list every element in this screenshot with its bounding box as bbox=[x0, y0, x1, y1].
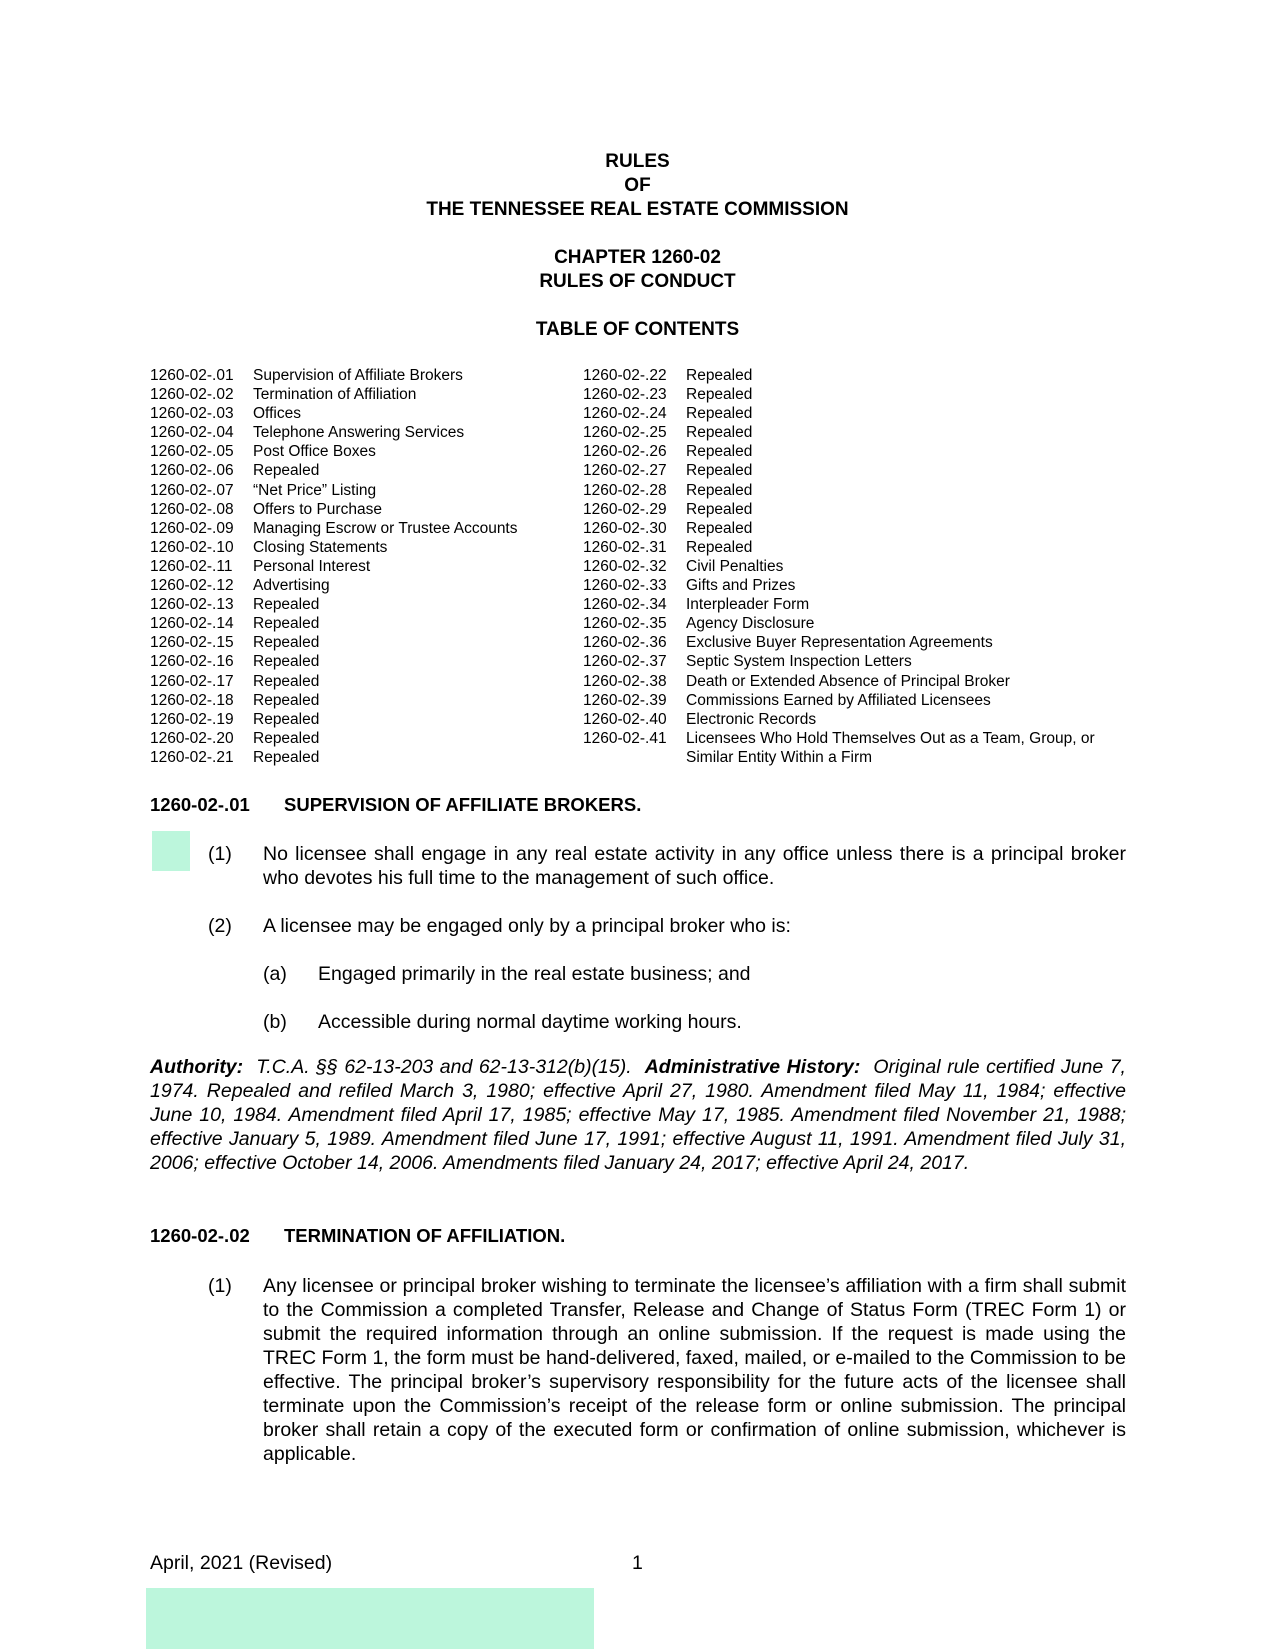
toc-entry-number: 1260-02-.06 bbox=[150, 461, 253, 480]
toc-entry-title: Death or Extended Absence of Principal B… bbox=[686, 672, 1010, 691]
toc-entry: 1260-02-.29Repealed bbox=[583, 500, 1095, 519]
toc-entry-number: 1260-02-.02 bbox=[150, 385, 253, 404]
toc-entry-number: 1260-02-.37 bbox=[583, 652, 686, 671]
toc-entry: Similar Entity Within a Firm bbox=[583, 748, 1095, 767]
history-label: Administrative History: bbox=[645, 1056, 861, 1078]
toc-entry-number: 1260-02-.17 bbox=[150, 672, 253, 691]
toc-entry-title: Offers to Purchase bbox=[253, 500, 382, 519]
toc-entry-title: Termination of Affiliation bbox=[253, 385, 416, 404]
toc-entry: 1260-02-.12Advertising bbox=[150, 576, 518, 595]
authority-history: Authority: T.C.A. §§ 62-13-203 and 62-13… bbox=[150, 1055, 1126, 1175]
toc-entry-title: Advertising bbox=[253, 576, 330, 595]
toc-entry-number: 1260-02-.35 bbox=[583, 614, 686, 633]
toc-entry-title: Exclusive Buyer Representation Agreement… bbox=[686, 633, 993, 652]
paragraph-marker: (b) bbox=[263, 1010, 287, 1034]
toc-entry-number: 1260-02-.04 bbox=[150, 423, 253, 442]
toc-entry: 1260-02-.06Repealed bbox=[150, 461, 518, 480]
toc-entry: 1260-02-.13Repealed bbox=[150, 595, 518, 614]
toc-entry: 1260-02-.23Repealed bbox=[583, 385, 1095, 404]
toc-entry-title: Offices bbox=[253, 404, 301, 423]
toc-entry: 1260-02-.18Repealed bbox=[150, 691, 518, 710]
toc-entry-number: 1260-02-.11 bbox=[150, 557, 253, 576]
toc-entry-number: 1260-02-.01 bbox=[150, 366, 253, 385]
toc-entry-title: Repealed bbox=[253, 614, 319, 633]
toc-entry: 1260-02-.17Repealed bbox=[150, 672, 518, 691]
toc-entry: 1260-02-.15Repealed bbox=[150, 633, 518, 652]
toc-entry-title: Repealed bbox=[253, 729, 319, 748]
toc-entry-title: Repealed bbox=[686, 385, 752, 404]
toc-entry: 1260-02-.33Gifts and Prizes bbox=[583, 576, 1095, 595]
toc-entry-number: 1260-02-.36 bbox=[583, 633, 686, 652]
toc-entry: 1260-02-.19Repealed bbox=[150, 710, 518, 729]
title-commission: THE TENNESSEE REAL ESTATE COMMISSION bbox=[0, 198, 1275, 222]
toc-entry: 1260-02-.07“Net Price” Listing bbox=[150, 481, 518, 500]
paragraph-marker: (1) bbox=[208, 842, 232, 866]
toc-entry: 1260-02-.38Death or Extended Absence of … bbox=[583, 672, 1095, 691]
section-title: TERMINATION OF AFFILIATION. bbox=[284, 1225, 565, 1246]
authority-label: Authority: bbox=[150, 1056, 243, 1078]
chapter-number: CHAPTER 1260-02 bbox=[0, 246, 1275, 270]
paragraph-text: A licensee may be engaged only by a prin… bbox=[263, 914, 1126, 938]
toc-entry: 1260-02-.41Licensees Who Hold Themselves… bbox=[583, 729, 1095, 748]
toc-entry-number: 1260-02-.13 bbox=[150, 595, 253, 614]
toc-entry: 1260-02-.10Closing Statements bbox=[150, 538, 518, 557]
toc-entry: 1260-02-.27Repealed bbox=[583, 461, 1095, 480]
toc-entry-title: Repealed bbox=[253, 652, 319, 671]
toc-entry-number: 1260-02-.08 bbox=[150, 500, 253, 519]
toc-entry: 1260-02-.30Repealed bbox=[583, 519, 1095, 538]
toc-entry-title: Supervision of Affiliate Brokers bbox=[253, 366, 463, 385]
toc-right-column: 1260-02-.22Repealed1260-02-.23Repealed12… bbox=[583, 366, 1095, 767]
toc-entry-title: Personal Interest bbox=[253, 557, 370, 576]
toc-entry-number: 1260-02-.25 bbox=[583, 423, 686, 442]
section-number: 1260-02-.02 bbox=[150, 1225, 284, 1247]
toc-entry-number: 1260-02-.27 bbox=[583, 461, 686, 480]
toc-entry-number: 1260-02-.19 bbox=[150, 710, 253, 729]
toc-entry: 1260-02-.24Repealed bbox=[583, 404, 1095, 423]
toc-entry: 1260-02-.34Interpleader Form bbox=[583, 595, 1095, 614]
toc-entry: 1260-02-.31Repealed bbox=[583, 538, 1095, 557]
paragraph-2-1: (1) Any licensee or principal broker wis… bbox=[208, 1274, 1126, 1466]
toc-entry-number: 1260-02-.09 bbox=[150, 519, 253, 538]
toc-entry: 1260-02-.04Telephone Answering Services bbox=[150, 423, 518, 442]
toc-entry: 1260-02-.11Personal Interest bbox=[150, 557, 518, 576]
toc-entry-number: 1260-02-.24 bbox=[583, 404, 686, 423]
paragraph-text: No licensee shall engage in any real est… bbox=[263, 842, 1126, 890]
toc-entry: 1260-02-.21Repealed bbox=[150, 748, 518, 767]
paragraph-marker: (1) bbox=[208, 1274, 232, 1298]
toc-entry-title: Repealed bbox=[253, 461, 319, 480]
toc-entry-number: 1260-02-.30 bbox=[583, 519, 686, 538]
highlight-footer-block bbox=[146, 1588, 594, 1649]
toc-left-column: 1260-02-.01Supervision of Affiliate Brok… bbox=[150, 366, 518, 767]
toc-entry-title: Repealed bbox=[686, 538, 752, 557]
toc-entry-title: Repealed bbox=[253, 672, 319, 691]
toc-entry-number: 1260-02-.29 bbox=[583, 500, 686, 519]
toc-entry: 1260-02-.26Repealed bbox=[583, 442, 1095, 461]
toc-entry: 1260-02-.03Offices bbox=[150, 404, 518, 423]
chapter-title: RULES OF CONDUCT bbox=[0, 270, 1275, 294]
toc-entry-title: Repealed bbox=[686, 442, 752, 461]
toc-entry-title: Civil Penalties bbox=[686, 557, 783, 576]
paragraph-1-1: (1) No licensee shall engage in any real… bbox=[208, 842, 1126, 890]
toc-entry-number: 1260-02-.34 bbox=[583, 595, 686, 614]
document-title-block: RULES OF THE TENNESSEE REAL ESTATE COMMI… bbox=[0, 150, 1275, 342]
toc-entry-number: 1260-02-.32 bbox=[583, 557, 686, 576]
toc-entry: 1260-02-.16Repealed bbox=[150, 652, 518, 671]
paragraph-text: Accessible during normal daytime working… bbox=[318, 1010, 1126, 1034]
toc-entry-title: Repealed bbox=[686, 423, 752, 442]
toc-entry-number: 1260-02-.20 bbox=[150, 729, 253, 748]
toc-entry-number: 1260-02-.39 bbox=[583, 691, 686, 710]
highlight-marker bbox=[152, 831, 190, 871]
section-number: 1260-02-.01 bbox=[150, 794, 284, 816]
toc-entry-title: Telephone Answering Services bbox=[253, 423, 464, 442]
toc-entry-title: Repealed bbox=[686, 519, 752, 538]
toc-entry: 1260-02-.20Repealed bbox=[150, 729, 518, 748]
toc-entry: 1260-02-.37Septic System Inspection Lett… bbox=[583, 652, 1095, 671]
paragraph-marker: (a) bbox=[263, 962, 287, 986]
toc-entry-title: Licensees Who Hold Themselves Out as a T… bbox=[686, 729, 1095, 748]
paragraph-text: Any licensee or principal broker wishing… bbox=[263, 1274, 1126, 1466]
toc-entry: 1260-02-.22Repealed bbox=[583, 366, 1095, 385]
paragraph-1-2: (2) A licensee may be engaged only by a … bbox=[208, 914, 1126, 938]
toc-entry-title: Gifts and Prizes bbox=[686, 576, 795, 595]
toc-entry-title: Interpleader Form bbox=[686, 595, 809, 614]
title-of: OF bbox=[0, 174, 1275, 198]
paragraph-1-2-a: (a) Engaged primarily in the real estate… bbox=[263, 962, 1126, 986]
toc-entry-title: Commissions Earned by Affiliated License… bbox=[686, 691, 991, 710]
toc-entry-number: 1260-02-.16 bbox=[150, 652, 253, 671]
page-number: 1 bbox=[632, 1552, 643, 1575]
toc-entry: 1260-02-.32Civil Penalties bbox=[583, 557, 1095, 576]
toc-entry-title: Managing Escrow or Trustee Accounts bbox=[253, 519, 518, 538]
toc-entry-title: Repealed bbox=[686, 366, 752, 385]
section-heading-1260-02-02: 1260-02-.02TERMINATION OF AFFILIATION. bbox=[150, 1225, 565, 1247]
toc-entry-number: 1260-02-.38 bbox=[583, 672, 686, 691]
paragraph-marker: (2) bbox=[208, 914, 232, 938]
toc-entry: 1260-02-.35Agency Disclosure bbox=[583, 614, 1095, 633]
toc-entry-title: “Net Price” Listing bbox=[253, 481, 376, 500]
toc-entry-title: Repealed bbox=[686, 500, 752, 519]
toc-entry-number bbox=[583, 748, 686, 767]
toc-heading: TABLE OF CONTENTS bbox=[0, 318, 1275, 342]
toc-entry-number: 1260-02-.05 bbox=[150, 442, 253, 461]
toc-entry-number: 1260-02-.15 bbox=[150, 633, 253, 652]
section-title: SUPERVISION OF AFFILIATE BROKERS. bbox=[284, 794, 641, 815]
toc-entry-number: 1260-02-.41 bbox=[583, 729, 686, 748]
toc-entry-number: 1260-02-.18 bbox=[150, 691, 253, 710]
toc-entry-number: 1260-02-.31 bbox=[583, 538, 686, 557]
toc-entry: 1260-02-.25Repealed bbox=[583, 423, 1095, 442]
footer-revision-date: April, 2021 (Revised) bbox=[150, 1552, 332, 1575]
toc-entry-title: Repealed bbox=[253, 633, 319, 652]
section-heading-1260-02-01: 1260-02-.01SUPERVISION OF AFFILIATE BROK… bbox=[150, 794, 641, 816]
toc-entry-number: 1260-02-.07 bbox=[150, 481, 253, 500]
toc-entry-number: 1260-02-.12 bbox=[150, 576, 253, 595]
toc-entry-title: Post Office Boxes bbox=[253, 442, 376, 461]
toc-entry-number: 1260-02-.14 bbox=[150, 614, 253, 633]
toc-entry-number: 1260-02-.21 bbox=[150, 748, 253, 767]
toc-entry-number: 1260-02-.28 bbox=[583, 481, 686, 500]
toc-entry-number: 1260-02-.40 bbox=[583, 710, 686, 729]
toc-entry: 1260-02-.01Supervision of Affiliate Brok… bbox=[150, 366, 518, 385]
paragraph-1-2-b: (b) Accessible during normal daytime wor… bbox=[263, 1010, 1126, 1034]
toc-entry: 1260-02-.08Offers to Purchase bbox=[150, 500, 518, 519]
toc-entry-title: Repealed bbox=[686, 481, 752, 500]
toc-entry: 1260-02-.28Repealed bbox=[583, 481, 1095, 500]
toc-entry-number: 1260-02-.03 bbox=[150, 404, 253, 423]
toc-entry-title: Repealed bbox=[253, 710, 319, 729]
toc-entry: 1260-02-.02Termination of Affiliation bbox=[150, 385, 518, 404]
toc-entry-title: Agency Disclosure bbox=[686, 614, 814, 633]
paragraph-text: Engaged primarily in the real estate bus… bbox=[318, 962, 1126, 986]
toc-entry-number: 1260-02-.10 bbox=[150, 538, 253, 557]
toc-entry: 1260-02-.36Exclusive Buyer Representatio… bbox=[583, 633, 1095, 652]
authority-text: T.C.A. §§ 62-13-203 and 62-13-312(b)(15)… bbox=[256, 1056, 631, 1078]
toc-entry-title: Closing Statements bbox=[253, 538, 387, 557]
toc-entry: 1260-02-.40Electronic Records bbox=[583, 710, 1095, 729]
toc-entry-title: Septic System Inspection Letters bbox=[686, 652, 912, 671]
toc-entry-number: 1260-02-.23 bbox=[583, 385, 686, 404]
toc-entry-title: Similar Entity Within a Firm bbox=[686, 748, 872, 767]
toc-entry-number: 1260-02-.33 bbox=[583, 576, 686, 595]
toc-entry: 1260-02-.14Repealed bbox=[150, 614, 518, 633]
title-rules: RULES bbox=[0, 150, 1275, 174]
toc-entry-title: Repealed bbox=[686, 404, 752, 423]
toc-entry-title: Repealed bbox=[253, 748, 319, 767]
toc-entry-title: Repealed bbox=[253, 691, 319, 710]
toc-entry: 1260-02-.39Commissions Earned by Affilia… bbox=[583, 691, 1095, 710]
toc-entry-title: Repealed bbox=[686, 461, 752, 480]
toc-entry-number: 1260-02-.22 bbox=[583, 366, 686, 385]
toc-entry: 1260-02-.05Post Office Boxes bbox=[150, 442, 518, 461]
toc-entry-number: 1260-02-.26 bbox=[583, 442, 686, 461]
toc-entry-title: Repealed bbox=[253, 595, 319, 614]
toc-entry-title: Electronic Records bbox=[686, 710, 816, 729]
toc-entry: 1260-02-.09Managing Escrow or Trustee Ac… bbox=[150, 519, 518, 538]
